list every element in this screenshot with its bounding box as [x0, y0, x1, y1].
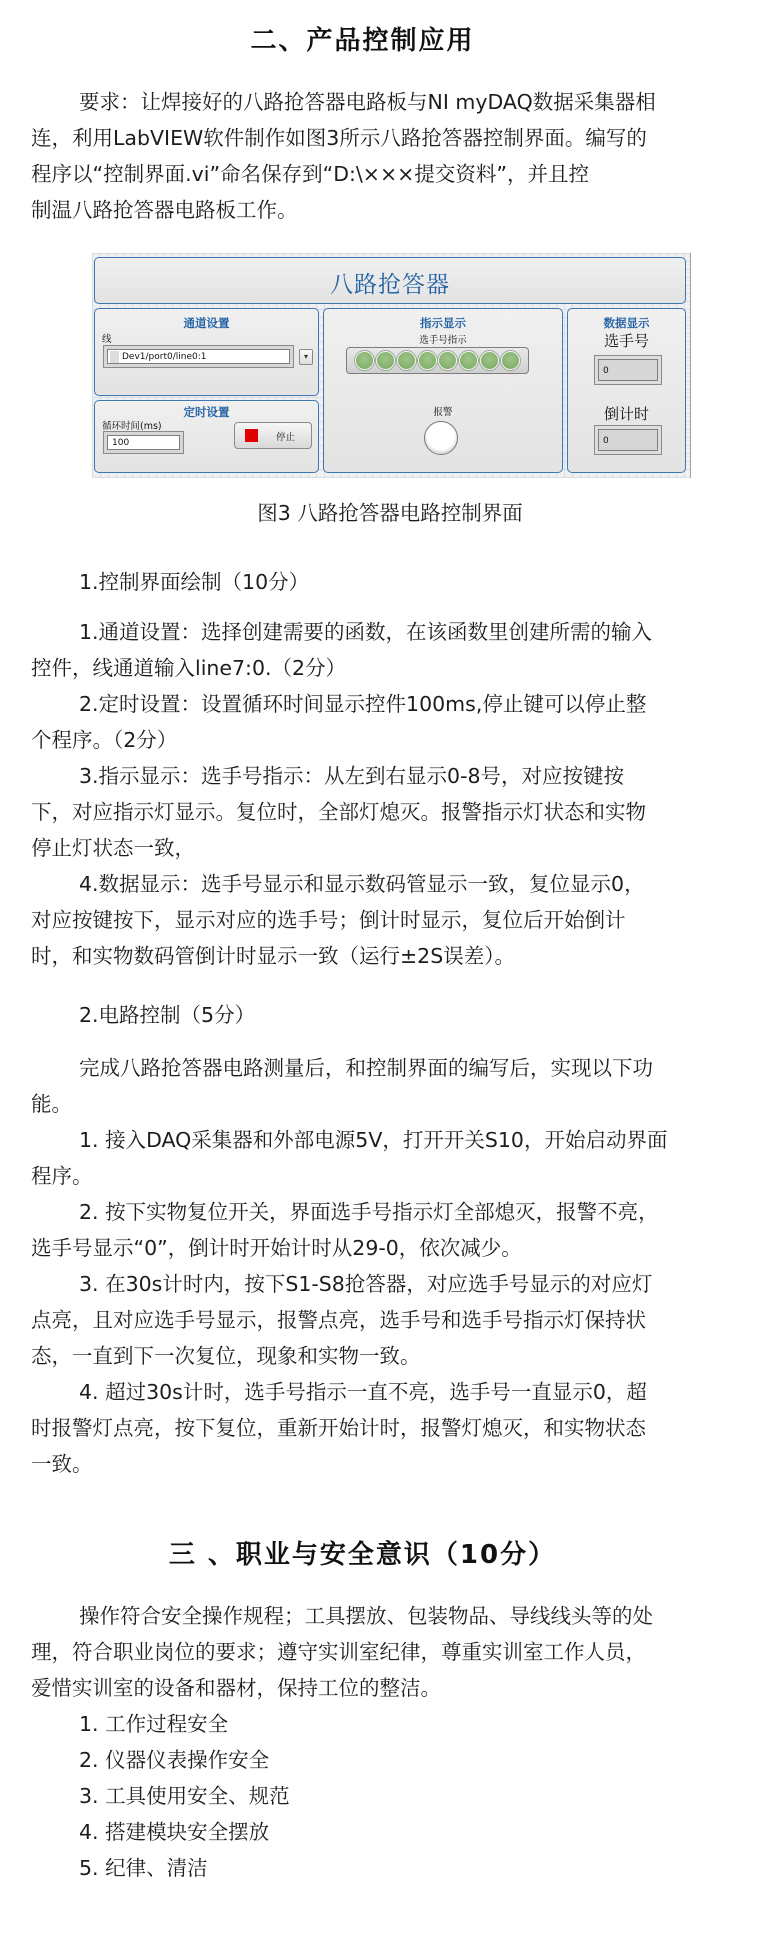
indicator-display-title: 指示显示	[324, 315, 562, 331]
channel-settings-title: 通道设置	[95, 315, 318, 331]
timer-settings-group: 定时设置 循环时间(ms) 100 停止	[94, 400, 319, 473]
body-line: 4. 超过30s计时，选手号指示一直不亮，选手号一直显示0，超	[31, 1374, 751, 1410]
body-line: 下，对应指示灯显示。复位时，全部灯熄灭。报警指示灯状态和实物	[31, 794, 751, 830]
body-line: 能。	[31, 1086, 751, 1122]
loop-time-input[interactable]: 100	[107, 435, 180, 450]
part1-body: 1.通道设置：选择创建需要的函数，在该函数里创建所需的输入 控件，线通道输入li…	[31, 614, 751, 974]
body-line: 操作符合安全操作规程；工具摆放、包装物品、导线线头等的处	[31, 1598, 751, 1634]
list-item: 5. 纪律、清洁	[31, 1850, 751, 1886]
intro-line: 要求：让焊接好的八路抢答器电路板与NI myDAQ数据采集器相	[31, 84, 751, 120]
intro-line: 程序以“控制界面.vi”命名保存到“D:\×××提交资料”，并且控	[31, 156, 751, 192]
channel-select[interactable]: Dev1/port0/line0:1	[107, 349, 290, 364]
body-line: 态，一直到下一次复位，现象和实物一致。	[31, 1338, 751, 1374]
body-line: 时报警灯点亮，按下复位，重新开始计时，报警灯熄灭，和实物状态	[31, 1410, 751, 1446]
body-line: 一致。	[31, 1446, 751, 1482]
chevron-down-icon[interactable]: ▾	[299, 349, 313, 365]
loop-time-label: 循环时间(ms)	[102, 418, 162, 432]
led-indicator-icon	[501, 351, 520, 370]
body-line: 1.通道设置：选择创建需要的函数，在该函数里创建所需的输入	[31, 614, 751, 650]
led-indicator-icon	[459, 351, 478, 370]
safety-paragraph: 操作符合安全操作规程；工具摆放、包装物品、导线线头等的处 理，符合职业岗位的要求…	[31, 1598, 751, 1886]
body-line: 2.定时设置：设置循环时间显示控件100ms,停止键可以停止整	[31, 686, 751, 722]
countdown-label: 倒计时	[568, 403, 685, 424]
alarm-label: 报警	[324, 404, 562, 418]
list-item: 1. 工作过程安全	[31, 1706, 751, 1742]
labview-panel-figure: 八路抢答器 通道设置 线 Dev1/port0/line0:1 ▾ 定时设置 循…	[92, 253, 691, 478]
body-line: 选手号显示“0”，倒计时开始计时从29-0，依次减少。	[31, 1230, 751, 1266]
body-line: 1. 接入DAQ采集器和外部电源5V，打开开关S10，开始启动界面	[31, 1122, 751, 1158]
body-line: 对应按键按下，显示对应的选手号；倒计时显示，复位后开始倒计	[31, 902, 751, 938]
list-item: 3. 工具使用安全、规范	[31, 1778, 751, 1814]
body-line: 4.数据显示：选手号显示和显示数码管显示一致，复位显示0，	[31, 866, 751, 902]
led-indicator-icon	[397, 351, 416, 370]
player-leds-label: 选手号指示	[324, 332, 562, 346]
body-line: 爱惜实训室的设备和器材，保持工位的整洁。	[31, 1670, 751, 1706]
part2-body: 完成八路抢答器电路测量后，和控制界面的编写后，实现以下功 能。 1. 接入DAQ…	[31, 1050, 751, 1482]
led-indicator-icon	[438, 351, 457, 370]
body-line: 程序。	[31, 1158, 751, 1194]
list-item: 2. 仪器仪表操作安全	[31, 1742, 751, 1778]
intro-line: 制温八路抢答器电路板工作。	[31, 192, 751, 228]
body-line: 完成八路抢答器电路测量后，和控制界面的编写后，实现以下功	[31, 1050, 751, 1086]
body-line: 个程序。（2分）	[31, 722, 751, 758]
part2-title: 2.电路控制（5分）	[79, 997, 255, 1033]
section-heading-safety: 三 、职业与安全意识（10分）	[0, 1534, 725, 1571]
body-line: 点亮，且对应选手号显示，报警点亮，选手号和选手号指示灯保持状	[31, 1302, 751, 1338]
led-indicator-icon	[376, 351, 395, 370]
list-item: 4. 搭建模块安全摆放	[31, 1814, 751, 1850]
section-heading-product-control: 二、产品控制应用	[0, 20, 725, 57]
stop-label: 停止	[276, 429, 295, 443]
data-display-title: 数据显示	[568, 315, 685, 331]
intro-paragraph: 要求：让焊接好的八路抢答器电路板与NI myDAQ数据采集器相 连，利用LabV…	[31, 84, 751, 228]
body-line: 理，符合职业岗位的要求；遵守实训室纪律，尊重实训室工作人员，	[31, 1634, 751, 1670]
countdown-display: 0	[598, 429, 658, 451]
body-line: 3. 在30s计时内，按下S1-S8抢答器，对应选手号显示的对应灯	[31, 1266, 751, 1302]
figure-caption: 图3 八路抢答器电路控制界面	[0, 496, 780, 526]
panel-title-box: 八路抢答器	[94, 257, 686, 304]
body-line: 3.指示显示：选手号指示：从左到右显示0-8号，对应按键按	[31, 758, 751, 794]
player-number-display: 0	[598, 359, 658, 381]
intro-line: 连，利用LabVIEW软件制作如图3所示八路抢答器控制界面。编写的	[31, 120, 751, 156]
part1-title: 1.控制界面绘制（10分）	[79, 564, 309, 600]
io-icon	[110, 351, 119, 363]
led-indicator-icon	[355, 351, 374, 370]
stop-indicator-icon	[245, 429, 258, 442]
line-label: 线	[102, 331, 112, 345]
stop-button[interactable]: 停止	[234, 422, 312, 449]
body-line: 停止灯状态一致，	[31, 830, 751, 866]
alarm-led-icon	[424, 421, 458, 455]
body-line: 时，和实物数码管倒计时显示一致（运行±2S误差）。	[31, 938, 751, 974]
player-number-label: 选手号	[568, 330, 685, 351]
body-line: 控件，线通道输入line7:0.（2分）	[31, 650, 751, 686]
channel-settings-group: 通道设置 线 Dev1/port0/line0:1 ▾	[94, 308, 319, 396]
body-line: 2. 按下实物复位开关，界面选手号指示灯全部熄灭，报警不亮，	[31, 1194, 751, 1230]
player-led-array	[346, 347, 529, 374]
led-indicator-icon	[480, 351, 499, 370]
channel-value: Dev1/port0/line0:1	[122, 352, 207, 362]
data-display-group: 数据显示 选手号 0 倒计时 0	[567, 308, 686, 473]
indicator-display-group: 指示显示 选手号指示 报警	[323, 308, 563, 473]
panel-title: 八路抢答器	[95, 266, 685, 299]
led-indicator-icon	[418, 351, 437, 370]
